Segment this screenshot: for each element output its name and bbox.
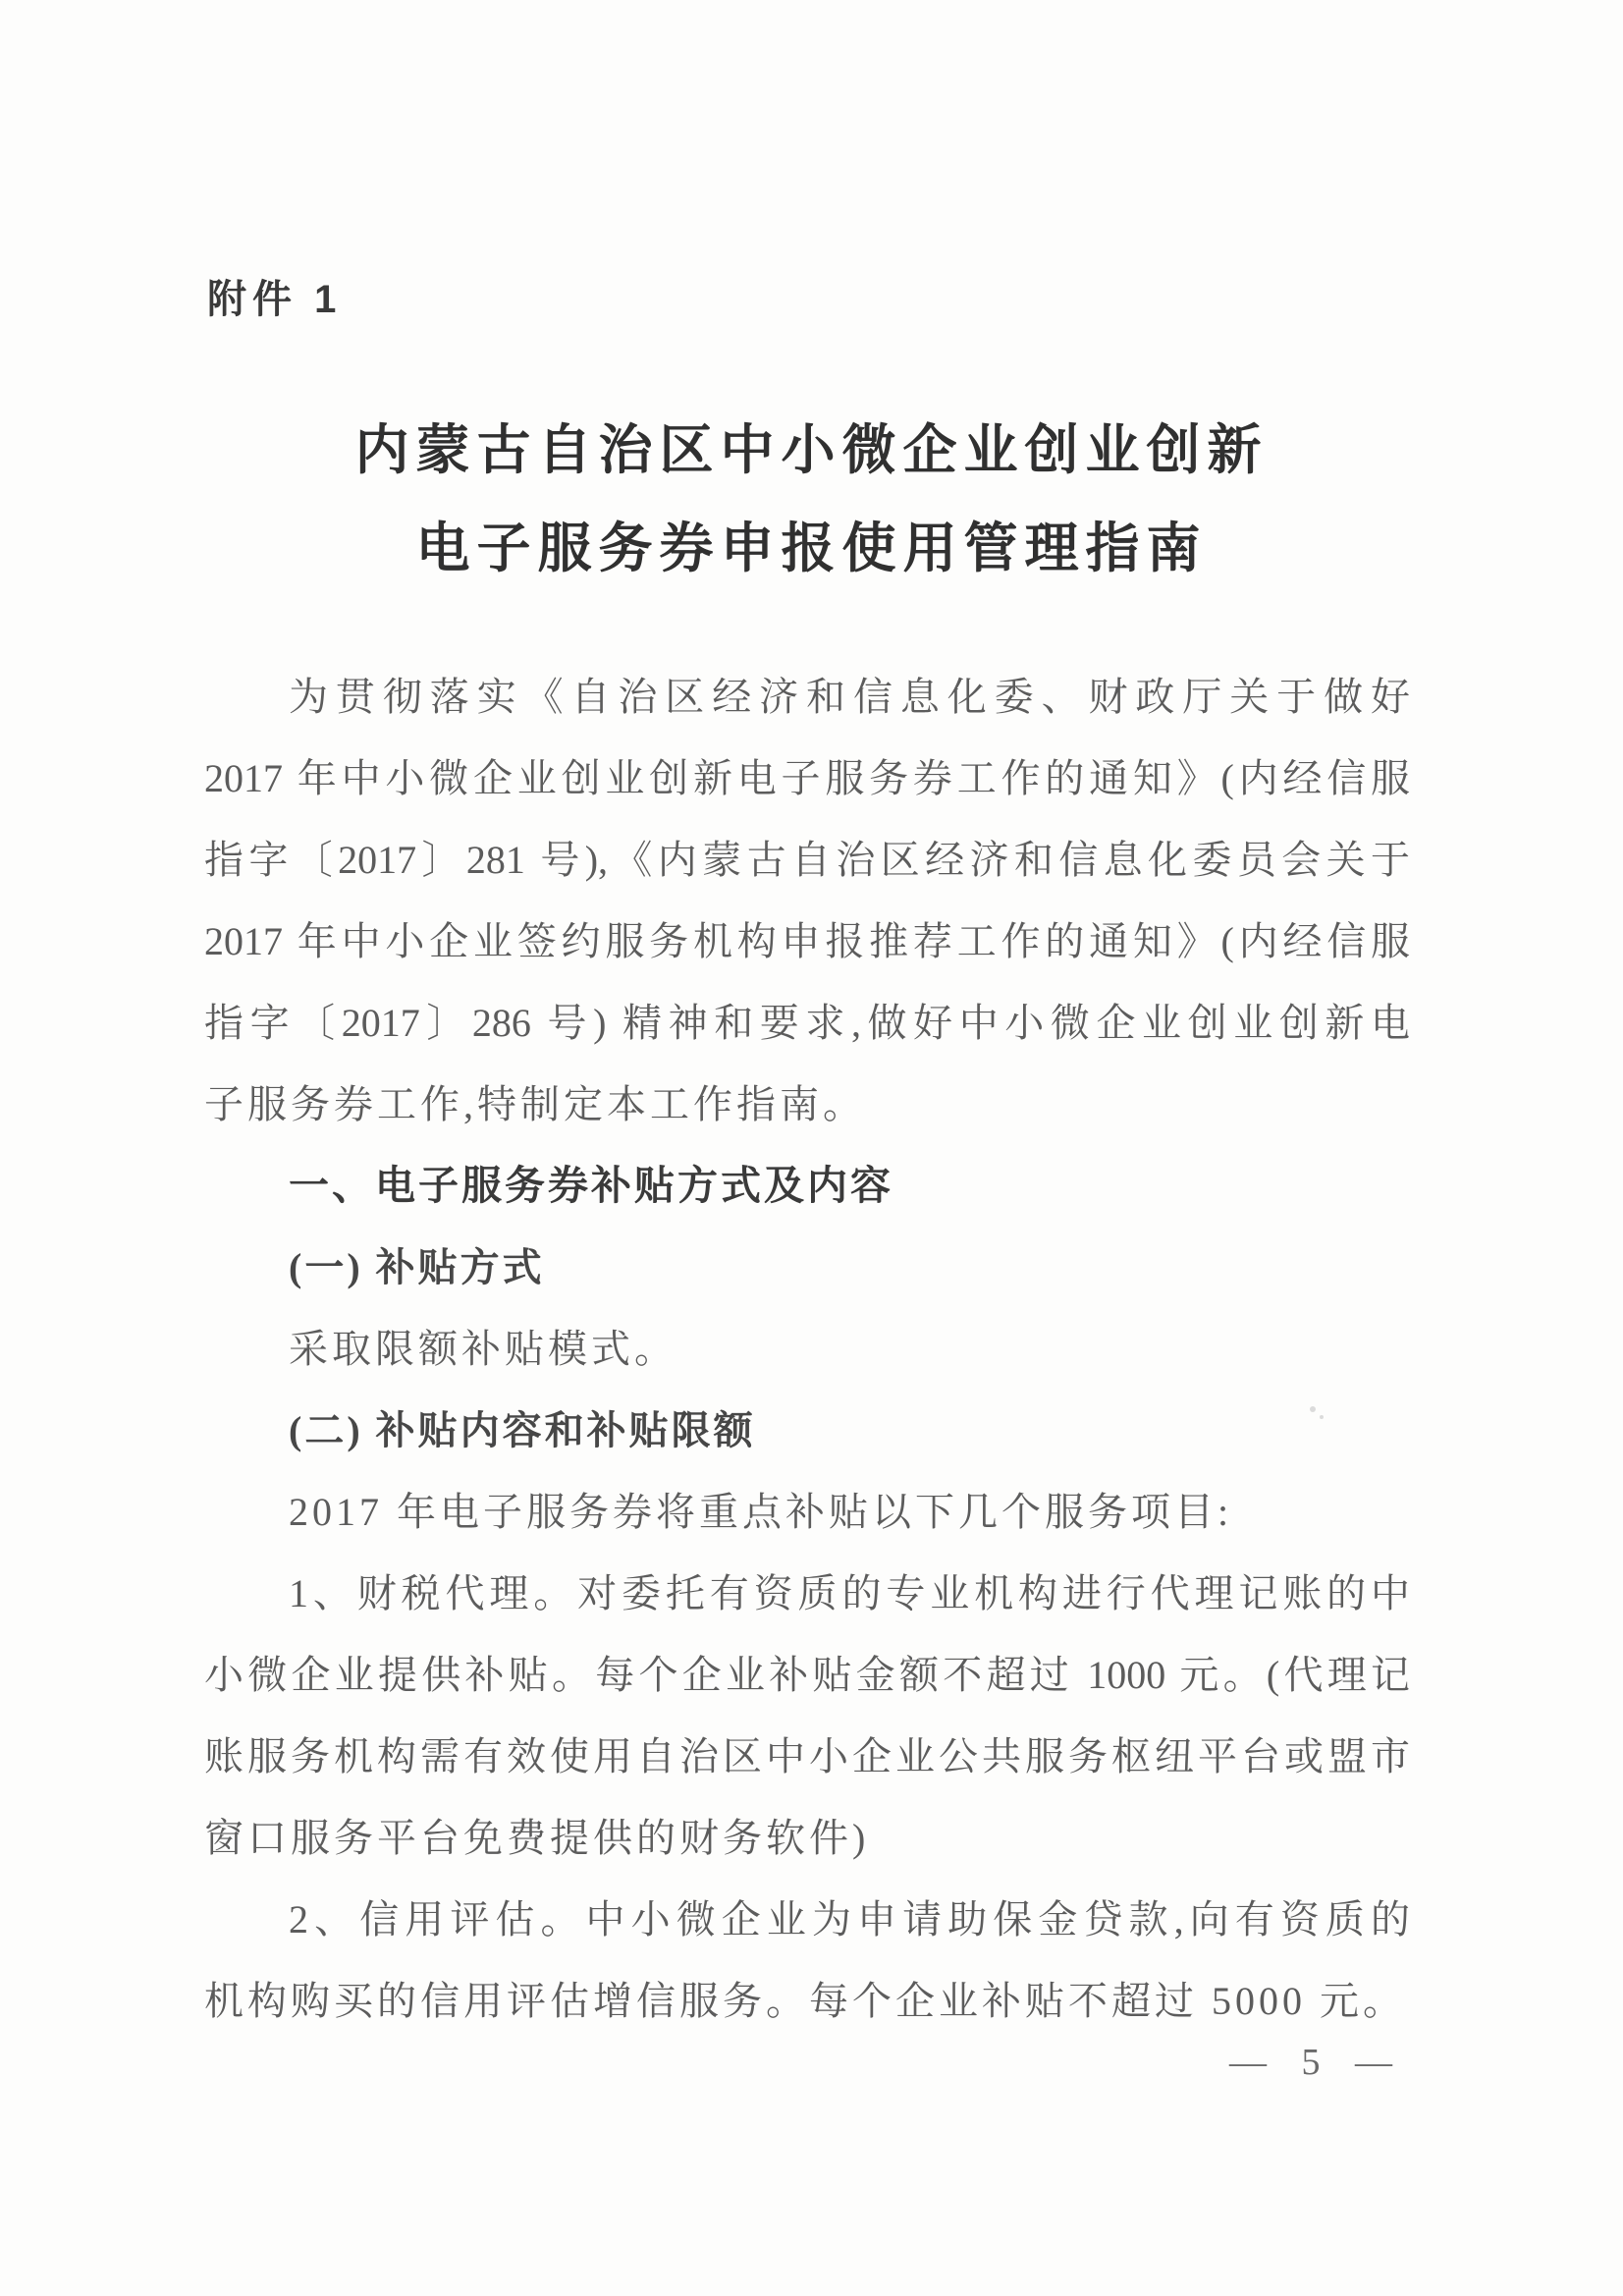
document-body: 为贯彻落实《自治区经济和信息化委、财政厅关于做好2017 年中小微企业创业创新电… (204, 656, 1410, 2042)
document-title: 内蒙古自治区中小微企业创业创新 电子服务券申报使用管理指南 (0, 401, 1623, 597)
text-line: 指字〔2017〕281 号),《内蒙古自治区经济和信息化委员会关于 (204, 819, 1410, 901)
text-line: 1、财税代理。对委托有资质的专业机构进行代理记账的中 (204, 1553, 1410, 1634)
text-line: 一、电子服务券补贴方式及内容 (204, 1145, 1410, 1227)
text-line: 子服务券工作,特制定本工作指南。 (204, 1064, 1410, 1145)
text-line: 窗口服务平台免费提供的财务软件) (204, 1797, 1410, 1879)
text-line: 指字〔2017〕286 号) 精神和要求,做好中小微企业创业创新电 (204, 982, 1410, 1064)
document-title-line1: 内蒙古自治区中小微企业创业创新 (0, 401, 1623, 499)
text-line: 机构购买的信用评估增信服务。每个企业补贴不超过 5000 元。 (204, 1960, 1410, 2042)
scan-artifact-speck (1320, 1415, 1324, 1419)
document-page: 附件 1 内蒙古自治区中小微企业创业创新 电子服务券申报使用管理指南 为贯彻落实… (0, 0, 1623, 2296)
text-line: (二) 补贴内容和补贴限额 (204, 1390, 1410, 1471)
text-line: 账服务机构需有效使用自治区中小企业公共服务枢纽平台或盟市 (204, 1716, 1410, 1797)
attachment-label: 附件 1 (207, 277, 342, 322)
text-line: (一) 补贴方式 (204, 1227, 1410, 1308)
text-line: 2017 年中小企业签约服务机构申报推荐工作的通知》(内经信服 (204, 901, 1410, 982)
document-title-line2: 电子服务券申报使用管理指南 (0, 499, 1623, 597)
text-line: 为贯彻落实《自治区经济和信息化委、财政厅关于做好 (204, 656, 1410, 738)
text-line: 小微企业提供补贴。每个企业补贴金额不超过 1000 元。(代理记 (204, 1634, 1410, 1716)
text-line: 2017 年电子服务券将重点补贴以下几个服务项目: (204, 1471, 1410, 1553)
text-line: 采取限额补贴模式。 (204, 1308, 1410, 1390)
page-number: — 5 — (1229, 2043, 1392, 2082)
scan-artifact-speck (1310, 1406, 1316, 1412)
text-line: 2、信用评估。中小微企业为申请助保金贷款,向有资质的 (204, 1879, 1410, 1960)
text-line: 2017 年中小微企业创业创新电子服务券工作的通知》(内经信服 (204, 738, 1410, 819)
